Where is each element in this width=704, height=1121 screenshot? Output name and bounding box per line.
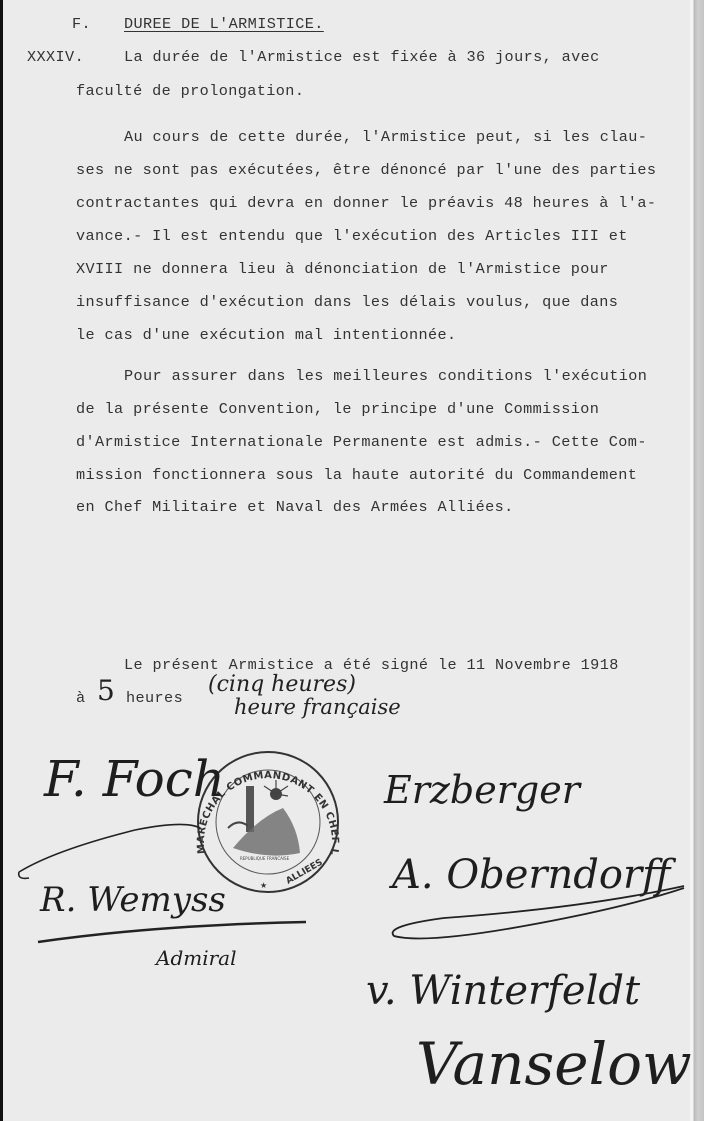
signing-prefix: à [76, 689, 86, 707]
paragraph-2-line-1: Au cours de cette durée, l'Armistice peu… [124, 128, 647, 146]
signature-vanselow: Vanselow [416, 1030, 692, 1098]
handwritten-note-cinq-heures: (cinq heures) [208, 672, 356, 697]
signature-wemyss: R. Wemyss [40, 880, 226, 920]
paragraph-2-line-6: insuffisance d'exécution dans les délais… [76, 293, 618, 311]
article-number: XXXIV. [27, 48, 84, 66]
signature-erzberger: Erzberger [384, 768, 580, 812]
svg-text:★: ★ [260, 881, 267, 890]
signing-date-line: Le présent Armistice a été signé le 11 N… [124, 656, 619, 674]
paragraph-3-line-2: de la présente Convention, le principe d… [76, 400, 599, 418]
paragraph-2-line-2: ses ne sont pas exécutées, être dénoncé … [76, 161, 656, 179]
handwritten-note-heure-francaise: heure française [234, 695, 401, 719]
page-edge-shadow [690, 0, 704, 1121]
signature-winterfeldt: v. Winterfeldt [366, 968, 640, 1014]
paragraph-2-line-5: XVIII ne donnera lieu à dénonciation de … [76, 260, 609, 278]
paragraph-3-line-4: mission fonctionnera sous la haute autor… [76, 466, 637, 484]
paragraph-2-line-3: contractantes qui devra en donner le pré… [76, 194, 656, 212]
paragraph-1-line-1: La durée de l'Armistice est fixée à 36 j… [124, 48, 600, 66]
section-letter: F. [72, 15, 91, 33]
signature-foch: F. Foch [44, 750, 225, 808]
signature-admiral-label: Admiral [156, 946, 237, 970]
paragraph-3-line-3: d'Armistice Internationale Permanente es… [76, 433, 647, 451]
handwritten-hour: 5 [97, 674, 115, 707]
section-title: DUREE DE L'ARMISTICE. [124, 15, 324, 33]
paragraph-3-line-5: en Chef Militaire et Naval des Armées Al… [76, 498, 514, 516]
svg-text:REPUBLIQUE FRANCAISE: REPUBLIQUE FRANCAISE [240, 856, 290, 861]
paragraph-2-line-7: le cas d'une exécution mal intentionnée. [76, 326, 457, 344]
paragraph-3-line-1: Pour assurer dans les meilleures conditi… [124, 367, 647, 385]
signature-oberndorff-flourish [384, 878, 704, 948]
paragraph-2-line-4: vance.- Il est entendu que l'exécution d… [76, 227, 628, 245]
signing-hour-word: heures [126, 689, 183, 707]
paragraph-1-line-2: faculté de prolongation. [76, 82, 304, 100]
